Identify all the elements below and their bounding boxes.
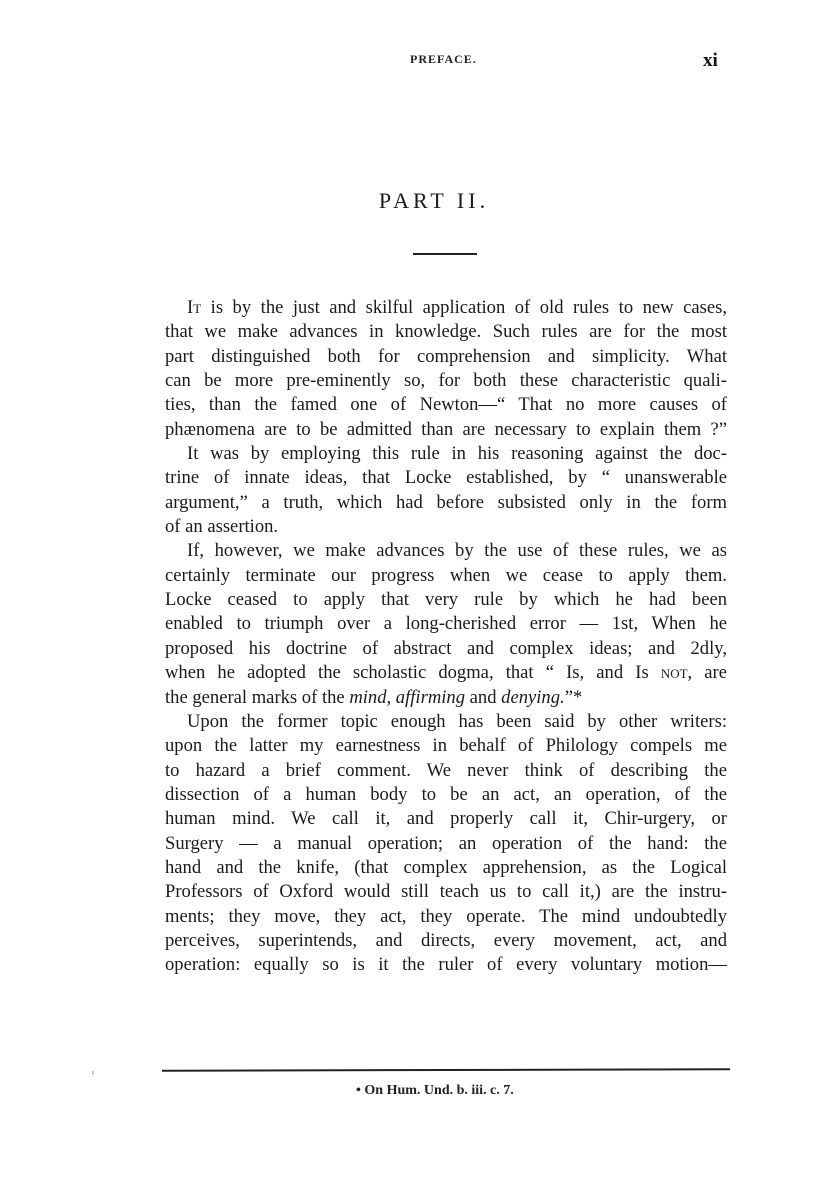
text-line: the general marks of the mind, affirming… [165, 686, 727, 710]
text-line: Surgery — a manual operation; an operati… [165, 832, 727, 856]
footnote-marker: • [356, 1083, 361, 1098]
running-head: PREFACE. xi [0, 50, 840, 74]
text-line: Upon the former topic enough has been sa… [165, 710, 727, 734]
text-line: phænomena are to be admitted than are ne… [165, 418, 727, 442]
footnote-reference: ”* [565, 687, 583, 708]
text-line: that we make advances in knowledge. Such… [165, 320, 727, 344]
text-line: of an assertion. [165, 515, 727, 539]
text-line: enabled to triumph over a long-cherished… [165, 612, 727, 636]
text-line: when he adopted the scholastic dogma, th… [165, 661, 727, 685]
line-text: and [465, 687, 501, 708]
text-line: to hazard a brief comment. We never thin… [165, 759, 727, 783]
drop-word: It [187, 297, 201, 318]
text-line: ties, than the famed one of Newton—“ Tha… [165, 393, 727, 417]
line-text: , are [688, 662, 727, 683]
text-line: It was by employing this rule in his rea… [165, 442, 727, 466]
text-line: Professors of Oxford would still teach u… [165, 880, 727, 904]
section-heading-text: PART II. [379, 188, 489, 213]
italic-text: mind, affirming [349, 687, 465, 708]
italic-text: denying. [501, 687, 565, 708]
line-text: the general marks of the [165, 687, 349, 708]
text-line: If, however, we make advances by the use… [165, 539, 727, 563]
text-line: It is by the just and skilful applicatio… [165, 296, 727, 320]
text-line: dissection of a human body to be an act,… [165, 783, 727, 807]
text-line: part distinguished both for comprehensio… [165, 345, 727, 369]
running-title: PREFACE. [410, 52, 477, 67]
line-text: is by the just and skilful application o… [201, 297, 727, 318]
page-number: xi [703, 50, 718, 72]
text-line: trine of innate ideas, that Locke establ… [165, 466, 727, 490]
text-line: operation: equally so is it the ruler of… [165, 953, 727, 977]
paragraph-1: It is by the just and skilful applicatio… [165, 296, 727, 442]
small-caps-word: not [661, 662, 688, 683]
text-line: can be more pre-eminently so, for both t… [165, 369, 727, 393]
section-heading: PART II. [0, 188, 840, 214]
footnote-divider [162, 1068, 730, 1071]
text-line: argument,” a truth, which had before sub… [165, 491, 727, 515]
paragraph-3: If, however, we make advances by the use… [165, 539, 727, 709]
body-text: It is by the just and skilful applicatio… [165, 296, 727, 978]
footnote: • On Hum. Und. b. iii. c. 7. [356, 1083, 514, 1099]
text-line: perceives, superintends, and directs, ev… [165, 929, 727, 953]
paragraph-2: It was by employing this rule in his rea… [165, 442, 727, 539]
text-line: Locke ceased to apply that very rule by … [165, 588, 727, 612]
text-line: upon the latter my earnestness in behalf… [165, 734, 727, 758]
text-line: proposed his doctrine of abstract and co… [165, 637, 727, 661]
heading-divider [413, 253, 477, 255]
text-line: human mind. We call it, and properly cal… [165, 807, 727, 831]
line-text: when he adopted the scholastic dogma, th… [165, 662, 661, 683]
text-line: ments; they move, they act, they operate… [165, 905, 727, 929]
text-line: hand and the knife, (that complex appreh… [165, 856, 727, 880]
paragraph-4: Upon the former topic enough has been sa… [165, 710, 727, 978]
scan-speck: ⸯ [90, 1070, 96, 1084]
footnote-text: On Hum. Und. b. iii. c. 7. [364, 1083, 513, 1098]
text-line: certainly terminate our progress when we… [165, 564, 727, 588]
